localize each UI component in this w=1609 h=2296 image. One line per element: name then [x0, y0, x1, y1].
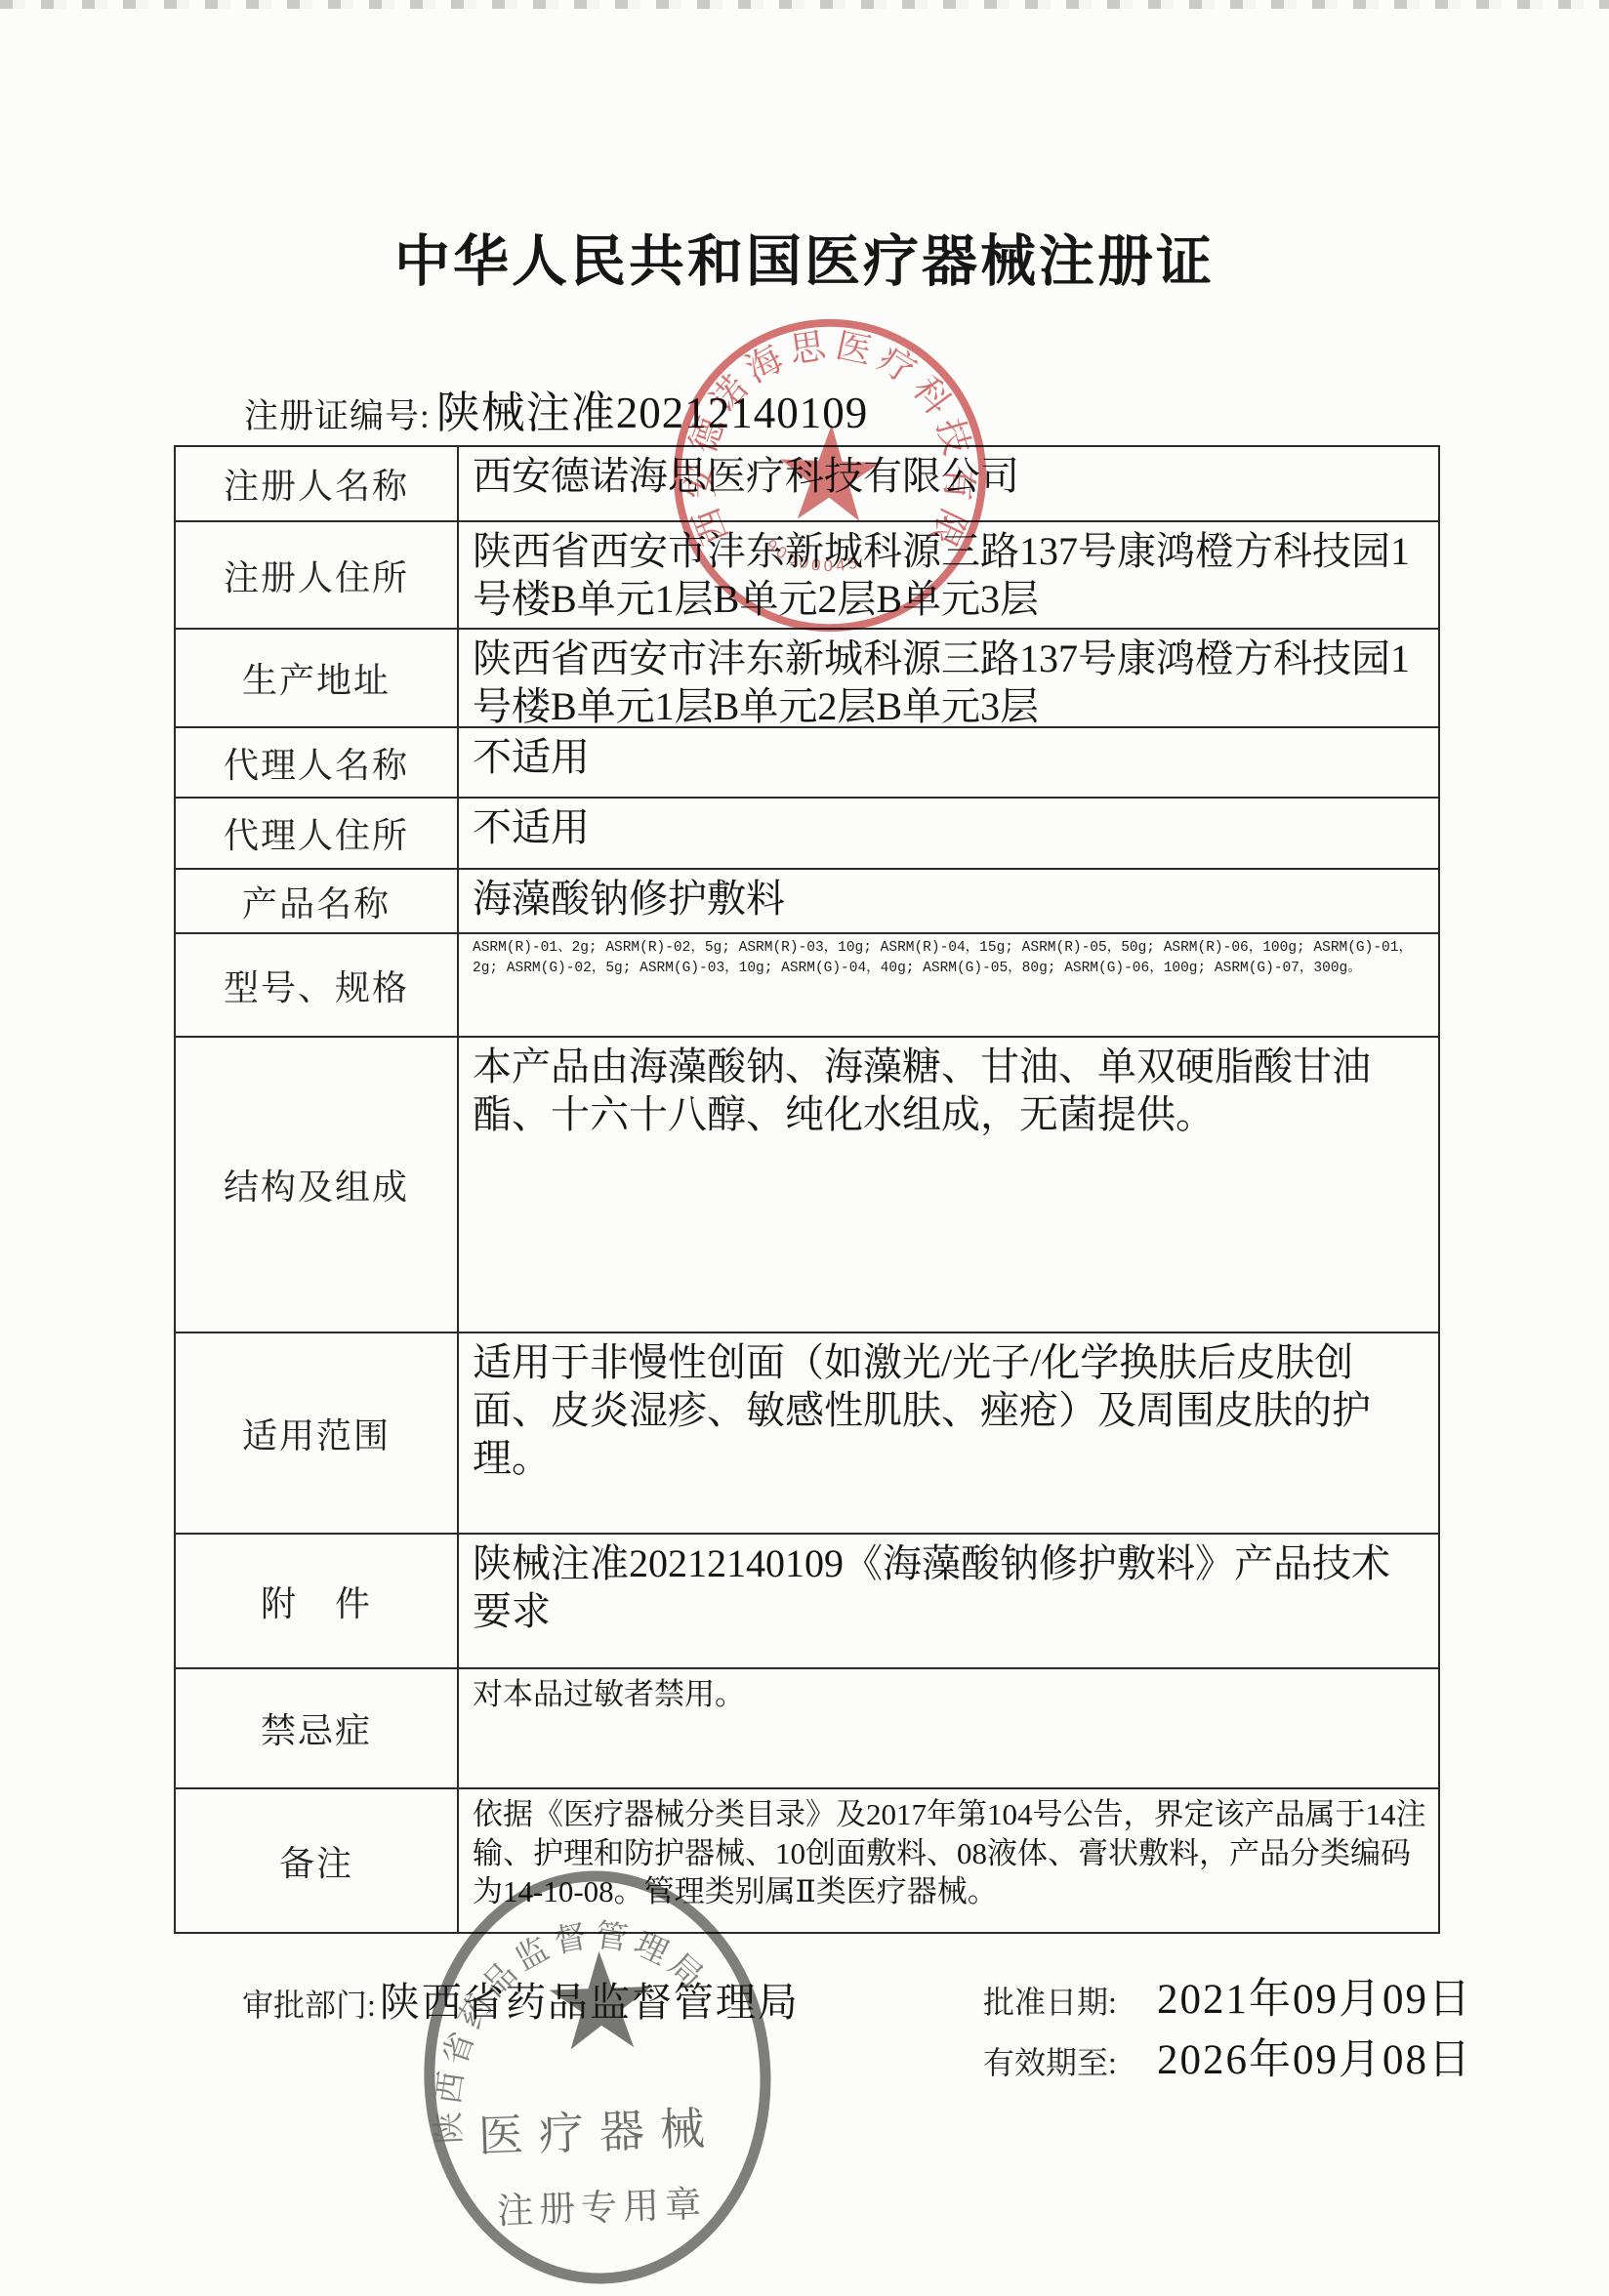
row-label: 结构及组成 — [176, 1038, 459, 1332]
approval-department-line: 审批部门: 陕西省药品监督管理局 — [242, 1970, 800, 2028]
valid-until-line: 有效期至: 2026年09月08日 — [983, 2027, 1472, 2086]
row-label: 注册人名称 — [176, 447, 459, 520]
row-label: 禁忌症 — [176, 1669, 459, 1787]
table-row: 产品名称 海藻酸钠修护敷料 — [176, 868, 1438, 932]
company-seal-stamp: 西安德诺海思医疗科技有限公司 90600045 — [661, 307, 998, 643]
registration-office-stamp: 陕西省药品监督管理局 医疗器械 注册专用章 — [411, 1861, 785, 2296]
seal-arc-text-holder: 西安德诺海思医疗科技有限公司 — [661, 307, 987, 559]
row-label: 生产地址 — [176, 630, 459, 726]
row-label: 代理人名称 — [176, 728, 459, 797]
valid-until-label: 有效期至: — [983, 2038, 1157, 2083]
seal-star-icon — [778, 423, 882, 521]
table-row: 型号、规格 ASRM(R)-01、2g; ASRM(R)-02，5g; ASRM… — [176, 932, 1438, 1036]
row-value: 不适用 — [459, 799, 1438, 868]
row-label: 附 件 — [176, 1535, 459, 1667]
approval-department-value: 陕西省药品监督管理局 — [380, 1970, 800, 2028]
row-value: 适用于非慢性创面（如激光/光子/化学换肤后皮肤创面、皮炎湿疹、敏感性肌肤、痤疮）… — [459, 1333, 1438, 1533]
row-value: 陕西省西安市沣东新城科源三路137号康鸿橙方科技园1号楼B单元1层B单元2层B单… — [459, 630, 1438, 726]
row-label: 产品名称 — [176, 870, 459, 932]
certificate-title: 中华人民共和国医疗器械注册证 — [0, 217, 1609, 297]
row-value-model-spec: ASRM(R)-01、2g; ASRM(R)-02，5g; ASRM(R)-03… — [459, 934, 1438, 1036]
table-row: 适用范围 适用于非慢性创面（如激光/光子/化学换肤后皮肤创面、皮炎湿疹、敏感性肌… — [176, 1332, 1438, 1533]
approval-department-label: 审批部门: — [242, 1981, 376, 2026]
row-label: 代理人住所 — [176, 799, 459, 868]
torn-edge-artifact — [0, 0, 1609, 9]
row-label: 注册人住所 — [176, 522, 459, 628]
table-row: 生产地址 陕西省西安市沣东新城科源三路137号康鸿橙方科技园1号楼B单元1层B单… — [176, 628, 1438, 726]
registration-number-label: 注册证编号: — [244, 389, 431, 438]
table-row: 代理人名称 不适用 — [176, 726, 1438, 797]
certificate-page: 中华人民共和国医疗器械注册证 注册证编号: 陕械注准20212140109 注册… — [0, 0, 1609, 2296]
row-value: 不适用 — [459, 728, 1438, 797]
table-row: 禁忌症 对本品过敏者禁用。 — [176, 1667, 1438, 1787]
approve-date-label: 批准日期: — [983, 1978, 1157, 2023]
row-value: 海藻酸钠修护敷料 — [459, 870, 1438, 932]
row-label: 型号、规格 — [176, 934, 459, 1036]
row-label: 适用范围 — [176, 1333, 459, 1533]
table-row: 备注 依据《医疗器械分类目录》及2017年第104号公告，界定该产品属于14注输… — [176, 1787, 1438, 1932]
table-row: 附 件 陕械注准20212140109《海藻酸钠修护敷料》产品技术要求 — [176, 1533, 1438, 1667]
approve-date-value: 2021年09月09日 — [1157, 1966, 1472, 2026]
table-row: 代理人住所 不适用 — [176, 797, 1438, 868]
stamp-line1: 医疗器械 — [477, 2103, 722, 2162]
row-value: 陕械注准20212140109《海藻酸钠修护敷料》产品技术要求 — [459, 1535, 1438, 1667]
valid-until-value: 2026年09月08日 — [1157, 2027, 1472, 2086]
table-row: 结构及组成 本产品由海藻酸钠、海藻糖、甘油、单双硬脂酸甘油酯、十六十八醇、纯化水… — [176, 1036, 1438, 1332]
row-value: 对本品过敏者禁用。 — [459, 1669, 1438, 1787]
certificate-table: 注册人名称 西安德诺海思医疗科技有限公司 注册人住所 陕西省西安市沣东新城科源三… — [174, 445, 1440, 1934]
approve-date-line: 批准日期: 2021年09月09日 — [983, 1966, 1472, 2026]
stamp-line2: 注册专用章 — [496, 2184, 707, 2231]
seal-serial-text-holder: 90600045 — [762, 535, 864, 576]
row-value: 本产品由海藻酸钠、海藻糖、甘油、单双硬脂酸甘油酯、十六十八醇、纯化水组成，无菌提… — [459, 1038, 1438, 1332]
